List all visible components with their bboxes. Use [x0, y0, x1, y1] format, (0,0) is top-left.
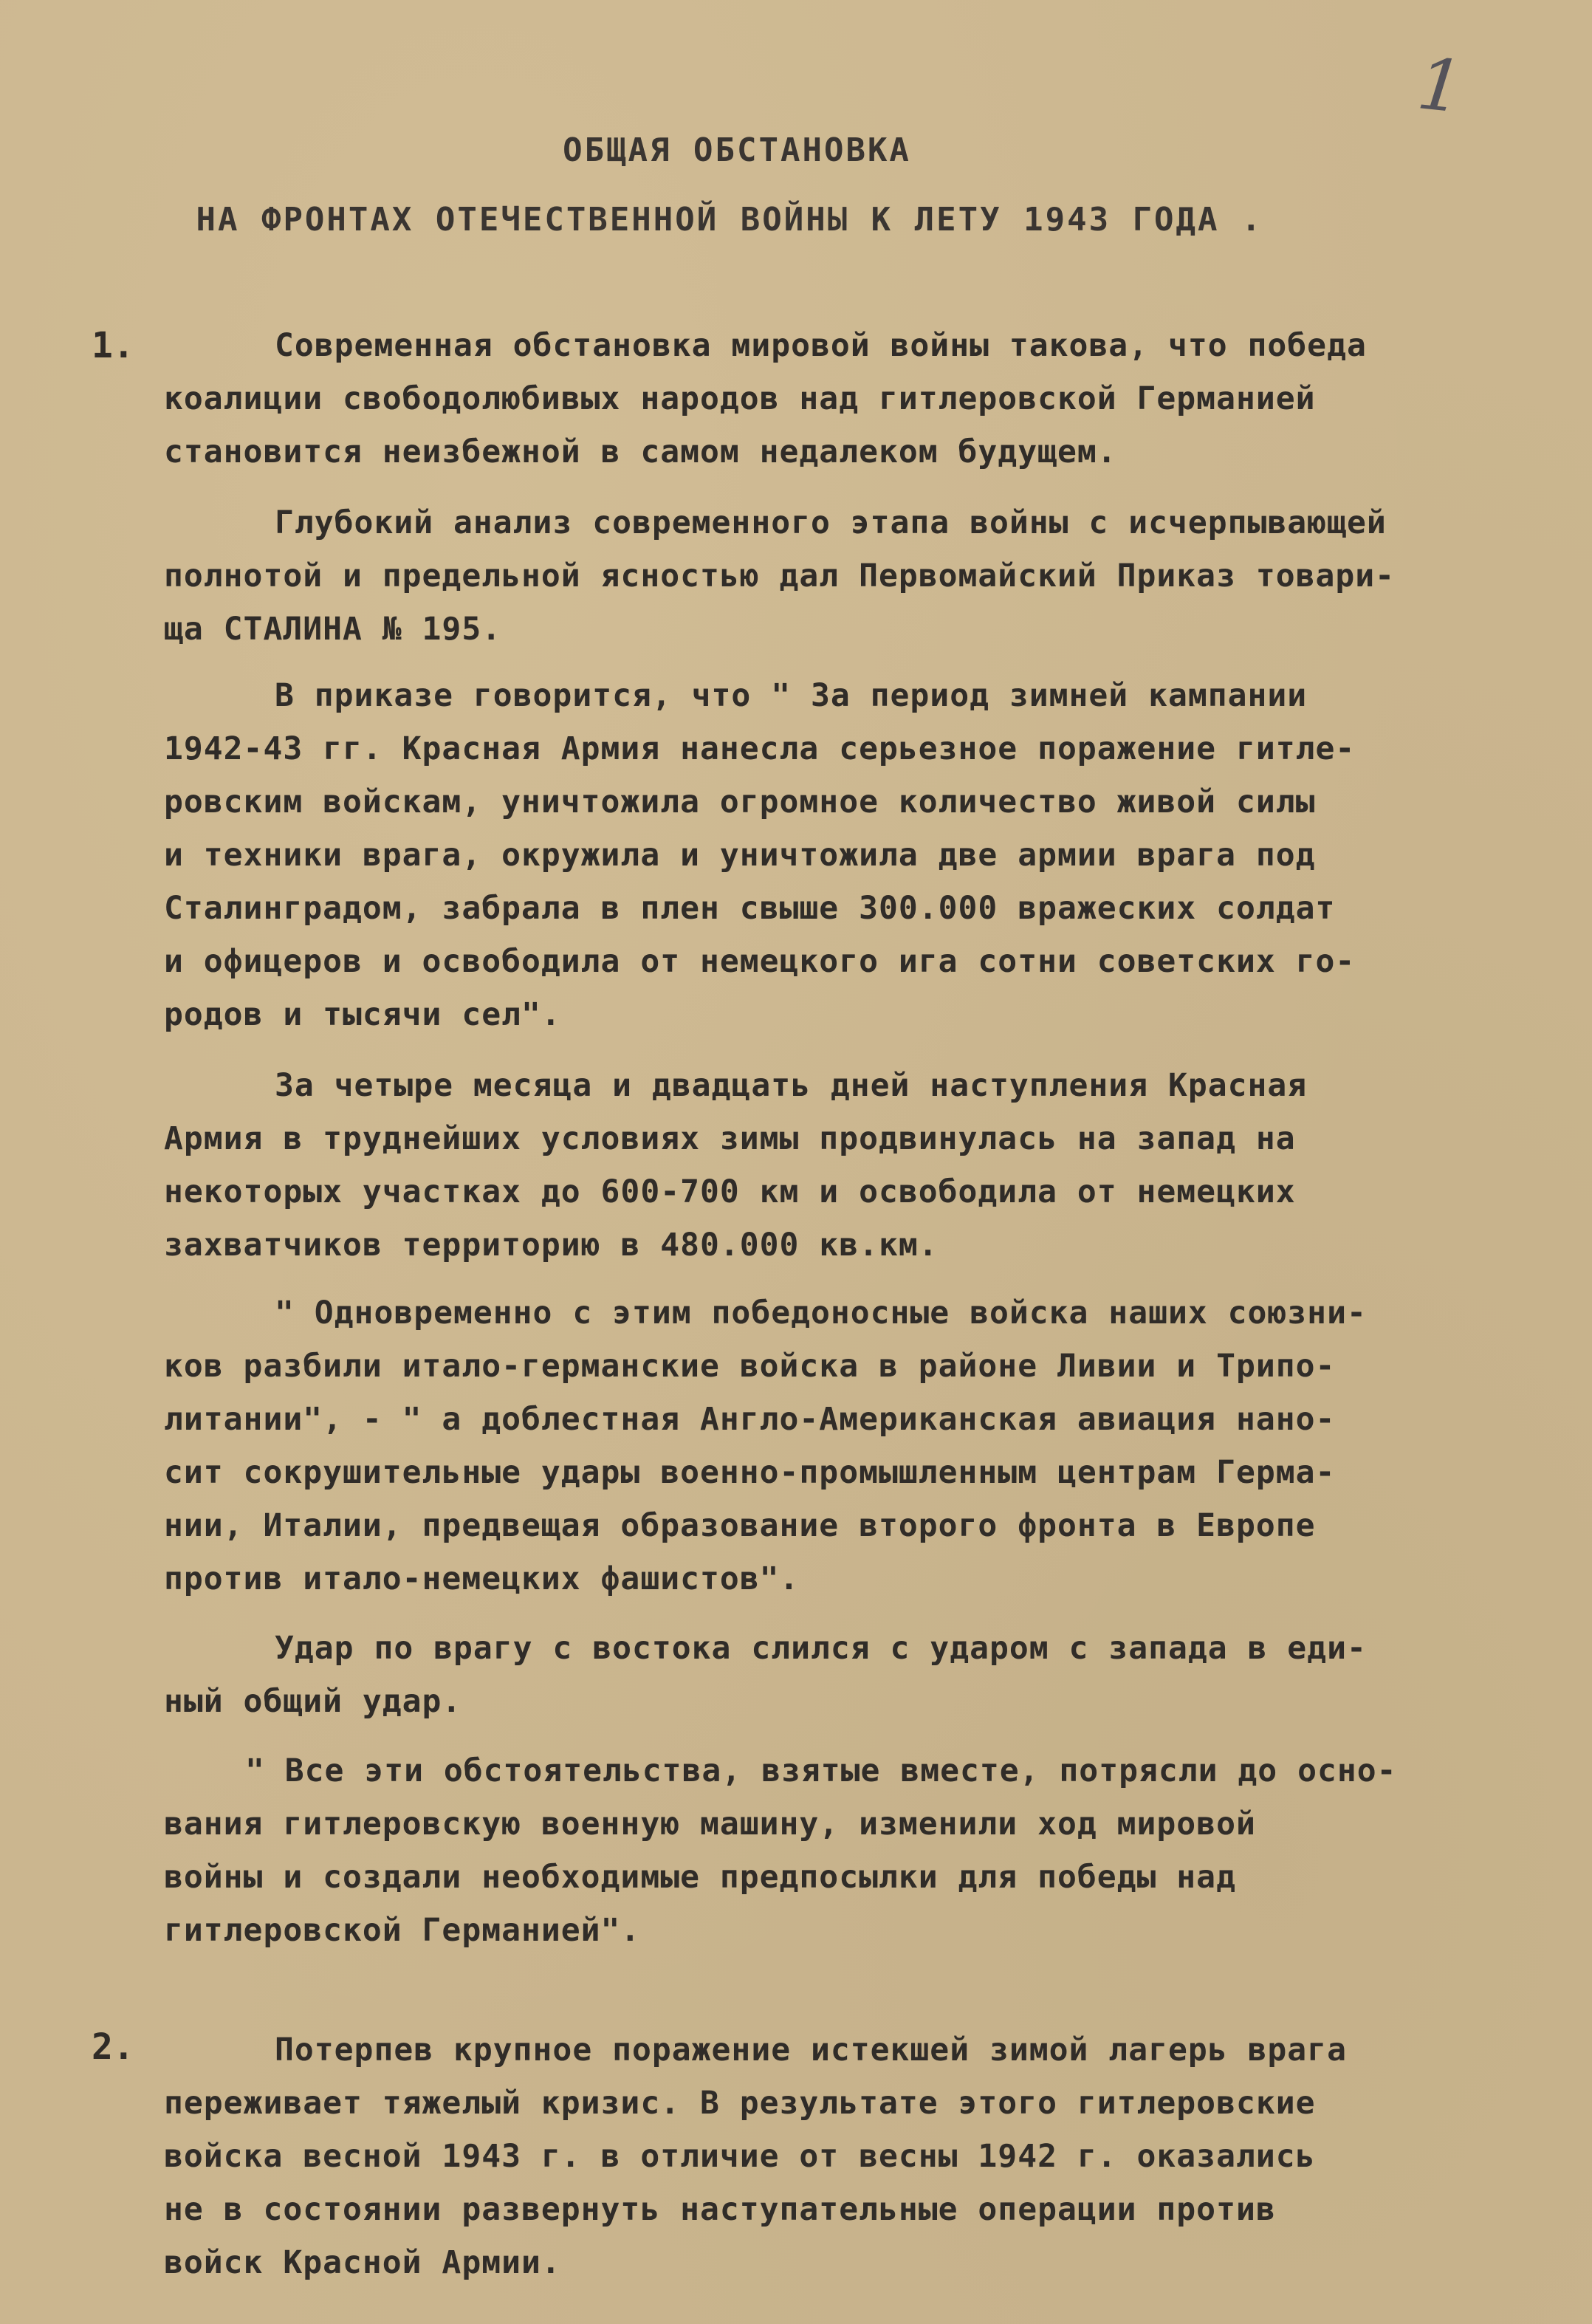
section-number: 1. — [92, 325, 134, 366]
text-line: коалиции свободолюбивых народов над гитл… — [164, 372, 1560, 425]
paragraph: " Одновременно с этим победоносные войск… — [164, 1286, 1560, 1605]
text-line: не в состоянии развернуть наступательные… — [164, 2183, 1560, 2236]
text-line: гитлеровской Германией". — [164, 1904, 1560, 1957]
text-line: захватчиков территорию в 480.000 кв.км. — [164, 1218, 1560, 1272]
text-line: родов и тысячи сел". — [164, 988, 1560, 1041]
text-line: В приказе говорится, что " За период зим… — [164, 669, 1560, 722]
text-line: За четыре месяца и двадцать дней наступл… — [164, 1059, 1560, 1112]
text-line: Глубокий анализ современного этапа войны… — [164, 496, 1560, 549]
text-line: и офицеров и освободила от немецкого ига… — [164, 935, 1560, 988]
paragraph: Удар по врагу с востока слился с ударом … — [164, 1622, 1560, 1728]
text-line: " Все эти обстоятельства, взятые вместе,… — [164, 1744, 1560, 1797]
text-line: Удар по врагу с востока слился с ударом … — [164, 1622, 1560, 1675]
text-line: некоторых участках до 600-700 км и освоб… — [164, 1165, 1560, 1218]
text-line: ща СТАЛИНА № 195. — [164, 603, 1560, 656]
title-line-1: ОБЩАЯ ОБСТАНОВКА — [0, 131, 1533, 169]
paragraph: За четыре месяца и двадцать дней наступл… — [164, 1059, 1560, 1272]
text-line: становится неизбежной в самом недалеком … — [164, 425, 1560, 479]
paragraph: Глубокий анализ современного этапа войны… — [164, 496, 1560, 656]
paragraph: В приказе говорится, что " За период зим… — [164, 669, 1560, 1041]
text-line: нии, Италии, предвещая образование второ… — [164, 1499, 1560, 1552]
text-line: литании", - " а доблестная Англо-Америка… — [164, 1393, 1560, 1446]
text-line: полнотой и предельной ясностью дал Перво… — [164, 549, 1560, 603]
paragraph: Современная обстановка мировой войны так… — [164, 319, 1560, 479]
text-line: сит сокрушительные удары военно-промышле… — [164, 1446, 1560, 1499]
text-line: ный общий удар. — [164, 1675, 1560, 1728]
text-line: ровским войскам, уничтожила огромное кол… — [164, 775, 1560, 829]
document-page: 1 ОБЩАЯ ОБСТАНОВКА НА ФРОНТАХ ОТЕЧЕСТВЕН… — [0, 0, 1592, 2324]
text-line: вания гитлеровскую военную машину, измен… — [164, 1797, 1560, 1851]
text-line: против итало-немецких фашистов". — [164, 1552, 1560, 1605]
paragraph: Потерпев крупное поражение истекшей зимо… — [164, 2023, 1560, 2289]
section-number: 2. — [92, 2026, 134, 2068]
text-line: Современная обстановка мировой войны так… — [164, 319, 1560, 372]
text-line: переживает тяжелый кризис. В результате … — [164, 2077, 1560, 2130]
text-line: Сталинградом, забрала в плен свыше 300.0… — [164, 882, 1560, 935]
text-line: Армия в труднейших условиях зимы продвин… — [164, 1112, 1560, 1165]
text-line: войск Красной Армии. — [164, 2236, 1560, 2289]
text-line: и техники врага, окружила и уничтожила д… — [164, 829, 1560, 882]
text-line: ков разбили итало-германские войска в ра… — [164, 1340, 1560, 1393]
text-line: войска весной 1943 г. в отличие от весны… — [164, 2130, 1560, 2183]
title-line-2: НА ФРОНТАХ ОТЕЧЕСТВЕННОЙ ВОЙНЫ К ЛЕТУ 19… — [0, 201, 1526, 239]
text-line: Потерпев крупное поражение истекшей зимо… — [164, 2023, 1560, 2077]
text-line: " Одновременно с этим победоносные войск… — [164, 1286, 1560, 1340]
text-line: войны и создали необходимые предпосылки … — [164, 1851, 1560, 1904]
paragraph: " Все эти обстоятельства, взятые вместе,… — [164, 1744, 1560, 1957]
handwritten-page-number: 1 — [1413, 42, 1466, 129]
text-line: 1942-43 гг. Красная Армия нанесла серьез… — [164, 722, 1560, 775]
